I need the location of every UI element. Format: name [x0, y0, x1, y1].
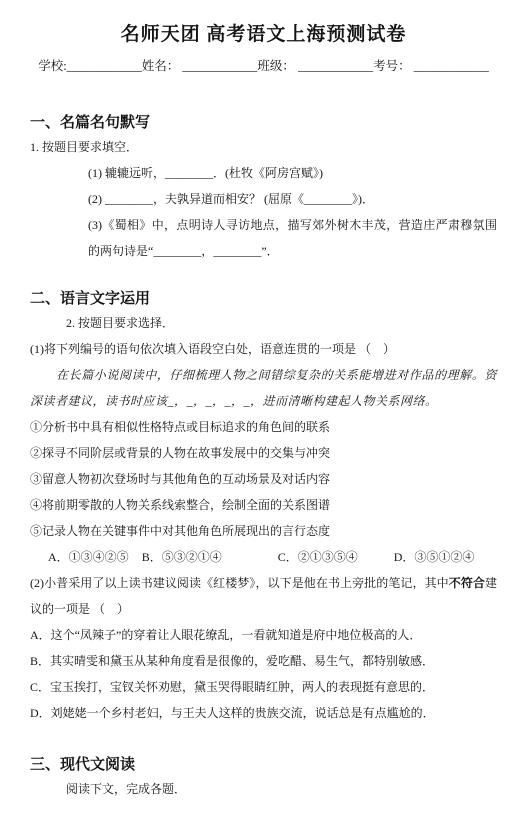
- choice-d-sequence: ③⑤①②④: [414, 550, 474, 564]
- q1-item-3: (3)《蜀相》中，点明诗人寻访地点，描写郊外树木丰茂，营造庄严肃穆氛围的两句诗是…: [88, 212, 497, 264]
- q1-stem: 1. 按题目要求填空．: [30, 134, 497, 160]
- q2-part2-question-emphasis: 不符合: [449, 576, 485, 590]
- statement-5: ⑤记录人物在关键事件中对其他角色所展现出的言行态度: [30, 518, 497, 544]
- q2-part1-question: (1)将下列编号的语句依次填入语段空白处，语意连贯的一项是 （ ）: [30, 336, 497, 362]
- choice-c-sequence: ②①③⑤④: [298, 550, 358, 564]
- school-blank: ____________: [67, 59, 142, 73]
- q1-item-2: (2) ________，夫孰异道而相安？ (屈原《________》)．: [88, 186, 497, 212]
- q2-part2-option-b: B．其实晴雯和黛玉从某种角度看是很像的，爱吃醋、易生气，都特别敏感．: [30, 648, 497, 674]
- student-info-line: 学校:____________姓名： ____________班级： _____…: [30, 56, 497, 76]
- q2-part2-option-d: D．刘姥姥一个乡村老妇，与王夫人这样的贵族交流，说话总是有点尴尬的．: [30, 700, 497, 726]
- exam-number-label: 考号：: [373, 59, 411, 73]
- exam-document-page: 名师天团 高考语文上海预测试卷 学校:____________姓名： _____…: [0, 0, 527, 817]
- statement-4: ④将前期零散的人物关系线索整合，绘制全面的关系图谱: [30, 492, 497, 518]
- statement-3: ③留意人物初次登场时与其他角色的互动场景及对话内容: [30, 466, 497, 492]
- choice-b-label: B．: [142, 550, 162, 564]
- choice-a-sequence: ①③④②⑤: [69, 550, 129, 564]
- choice-a-label: A．: [48, 550, 69, 564]
- school-field: 学校:____________: [38, 59, 141, 73]
- choice-c: C．②①③⑤④: [278, 544, 358, 570]
- reading-passage: 在长篇小说阅读中，仔细梳理人物之间错综复杂的关系能增进对作品的理解。资深读者建议…: [30, 362, 497, 414]
- choice-a: A．①③④②⑤: [48, 544, 129, 570]
- section-heading-language-use: 二、语言文字运用: [30, 288, 497, 310]
- q2-stem: 2. 按题目要求选择．: [30, 310, 497, 336]
- q2-part2-question: (2)小普采用了以上读书建议阅读《红楼梦》，以下是他在书上旁批的笔记，其中不符合…: [30, 570, 497, 622]
- statement-2: ②探寻不同阶层或背景的人物在故事发展中的交集与冲突: [30, 440, 497, 466]
- section-heading-recitation: 一、名篇名句默写: [30, 112, 497, 134]
- q2-part2-option-a: A．这个“凤辣子”的穿着让人眼花缭乱，一看就知道是府中地位极高的人．: [30, 622, 497, 648]
- exam-title: 名师天团 高考语文上海预测试卷: [30, 22, 497, 48]
- choice-b-sequence: ⑤③②①④: [162, 550, 222, 564]
- choice-c-label: C．: [278, 550, 298, 564]
- q1-item-1: (1) 辘辘远听，________．(杜牧《阿房宫赋》): [88, 160, 497, 186]
- statement-1: ①分析书中具有相似性格特点或目标追求的角色间的联系: [30, 414, 497, 440]
- class-label: 班级：: [257, 59, 295, 73]
- q2-part1-choices: A．①③④②⑤ B．⑤③②①④ C．②①③⑤④ D．③⑤①②④: [30, 544, 497, 570]
- name-blank: ____________: [182, 59, 257, 73]
- choice-b: B．⑤③②①④: [142, 544, 222, 570]
- class-blank: ____________: [298, 59, 373, 73]
- reading-intro: 阅读下文，完成各题．: [30, 776, 497, 802]
- section-heading-modern-reading: 三、现代文阅读: [30, 754, 497, 776]
- school-label: 学校:: [38, 59, 66, 73]
- choice-d-label: D．: [394, 550, 415, 564]
- exam-number-field: 考号： ____________: [373, 59, 489, 73]
- exam-number-blank: ____________: [414, 59, 489, 73]
- q2-part2-question-pre: (2)小普采用了以上读书建议阅读《红楼梦》，以下是他在书上旁批的笔记，其中: [30, 576, 449, 590]
- name-label: 姓名：: [142, 59, 180, 73]
- q2-part2-option-c: C．宝玉挨打，宝钗关怀劝慰，黛玉哭得眼睛红肿，两人的表现挺有意思的．: [30, 674, 497, 700]
- choice-d: D．③⑤①②④: [394, 544, 475, 570]
- name-field: 姓名： ____________: [142, 59, 258, 73]
- class-field: 班级： ____________: [257, 59, 373, 73]
